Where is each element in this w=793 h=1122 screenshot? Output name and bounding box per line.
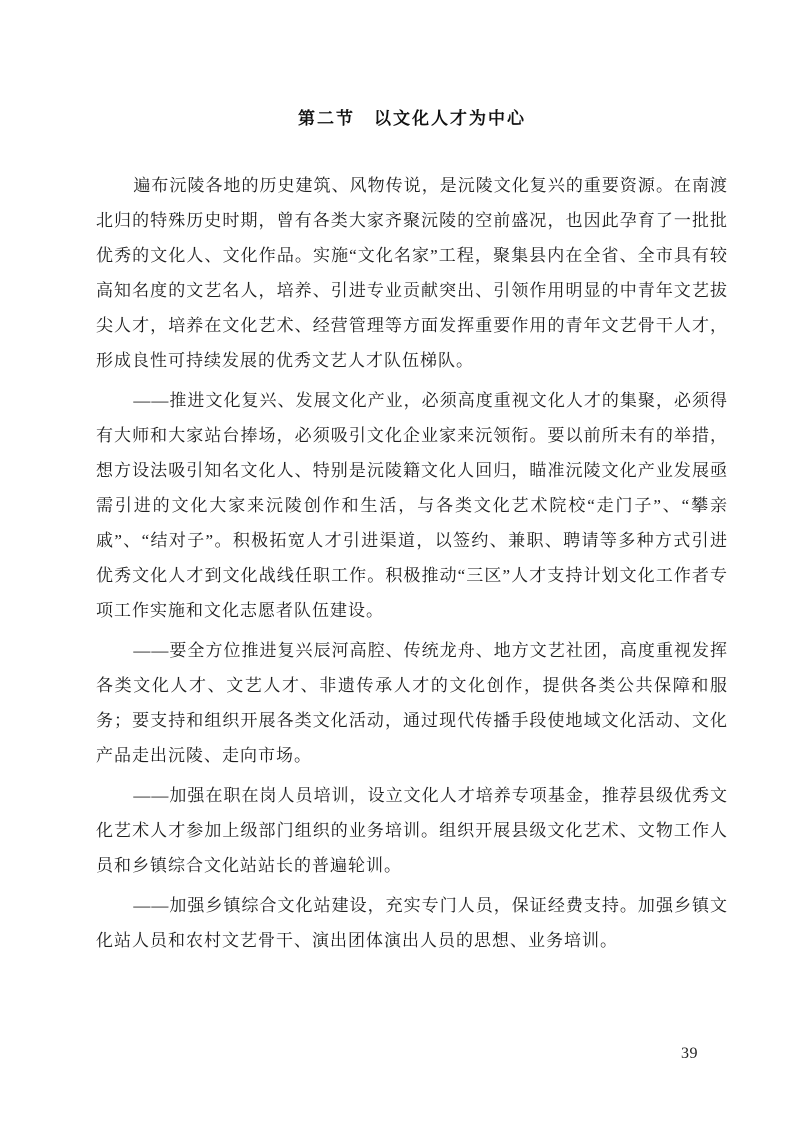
- document-page: 第二节 以文化人才为中心 遍布沅陵各地的历史建筑、风物传说，是沅陵文化复兴的重要…: [0, 0, 793, 1122]
- page-number: 39: [681, 1043, 698, 1065]
- section-title: 第二节 以文化人才为中心: [96, 106, 728, 132]
- body-paragraph-3: ——要全方位推进复兴辰河高腔、传统龙舟、地方文艺社团，高度重视发挥各类文化人才、…: [96, 633, 728, 773]
- body-paragraph-1: 遍布沅陵各地的历史建筑、风物传说，是沅陵文化复兴的重要资源。在南渡北归的特殊历史…: [96, 168, 728, 378]
- body-paragraph-5: ——加强乡镇综合文化站建设，充实专门人员，保证经费支持。加强乡镇文化站人员和农村…: [96, 888, 728, 958]
- body-paragraph-4: ——加强在职在岗人员培训，设立文化人才培养专项基金，推荐县级优秀文化艺术人才参加…: [96, 778, 728, 883]
- body-paragraph-2: ——推进文化复兴、发展文化产业，必须高度重视文化人才的集聚，必须得有大师和大家站…: [96, 383, 728, 628]
- text-block: 第二节 以文化人才为中心 遍布沅陵各地的历史建筑、风物传说，是沅陵文化复兴的重要…: [96, 106, 728, 958]
